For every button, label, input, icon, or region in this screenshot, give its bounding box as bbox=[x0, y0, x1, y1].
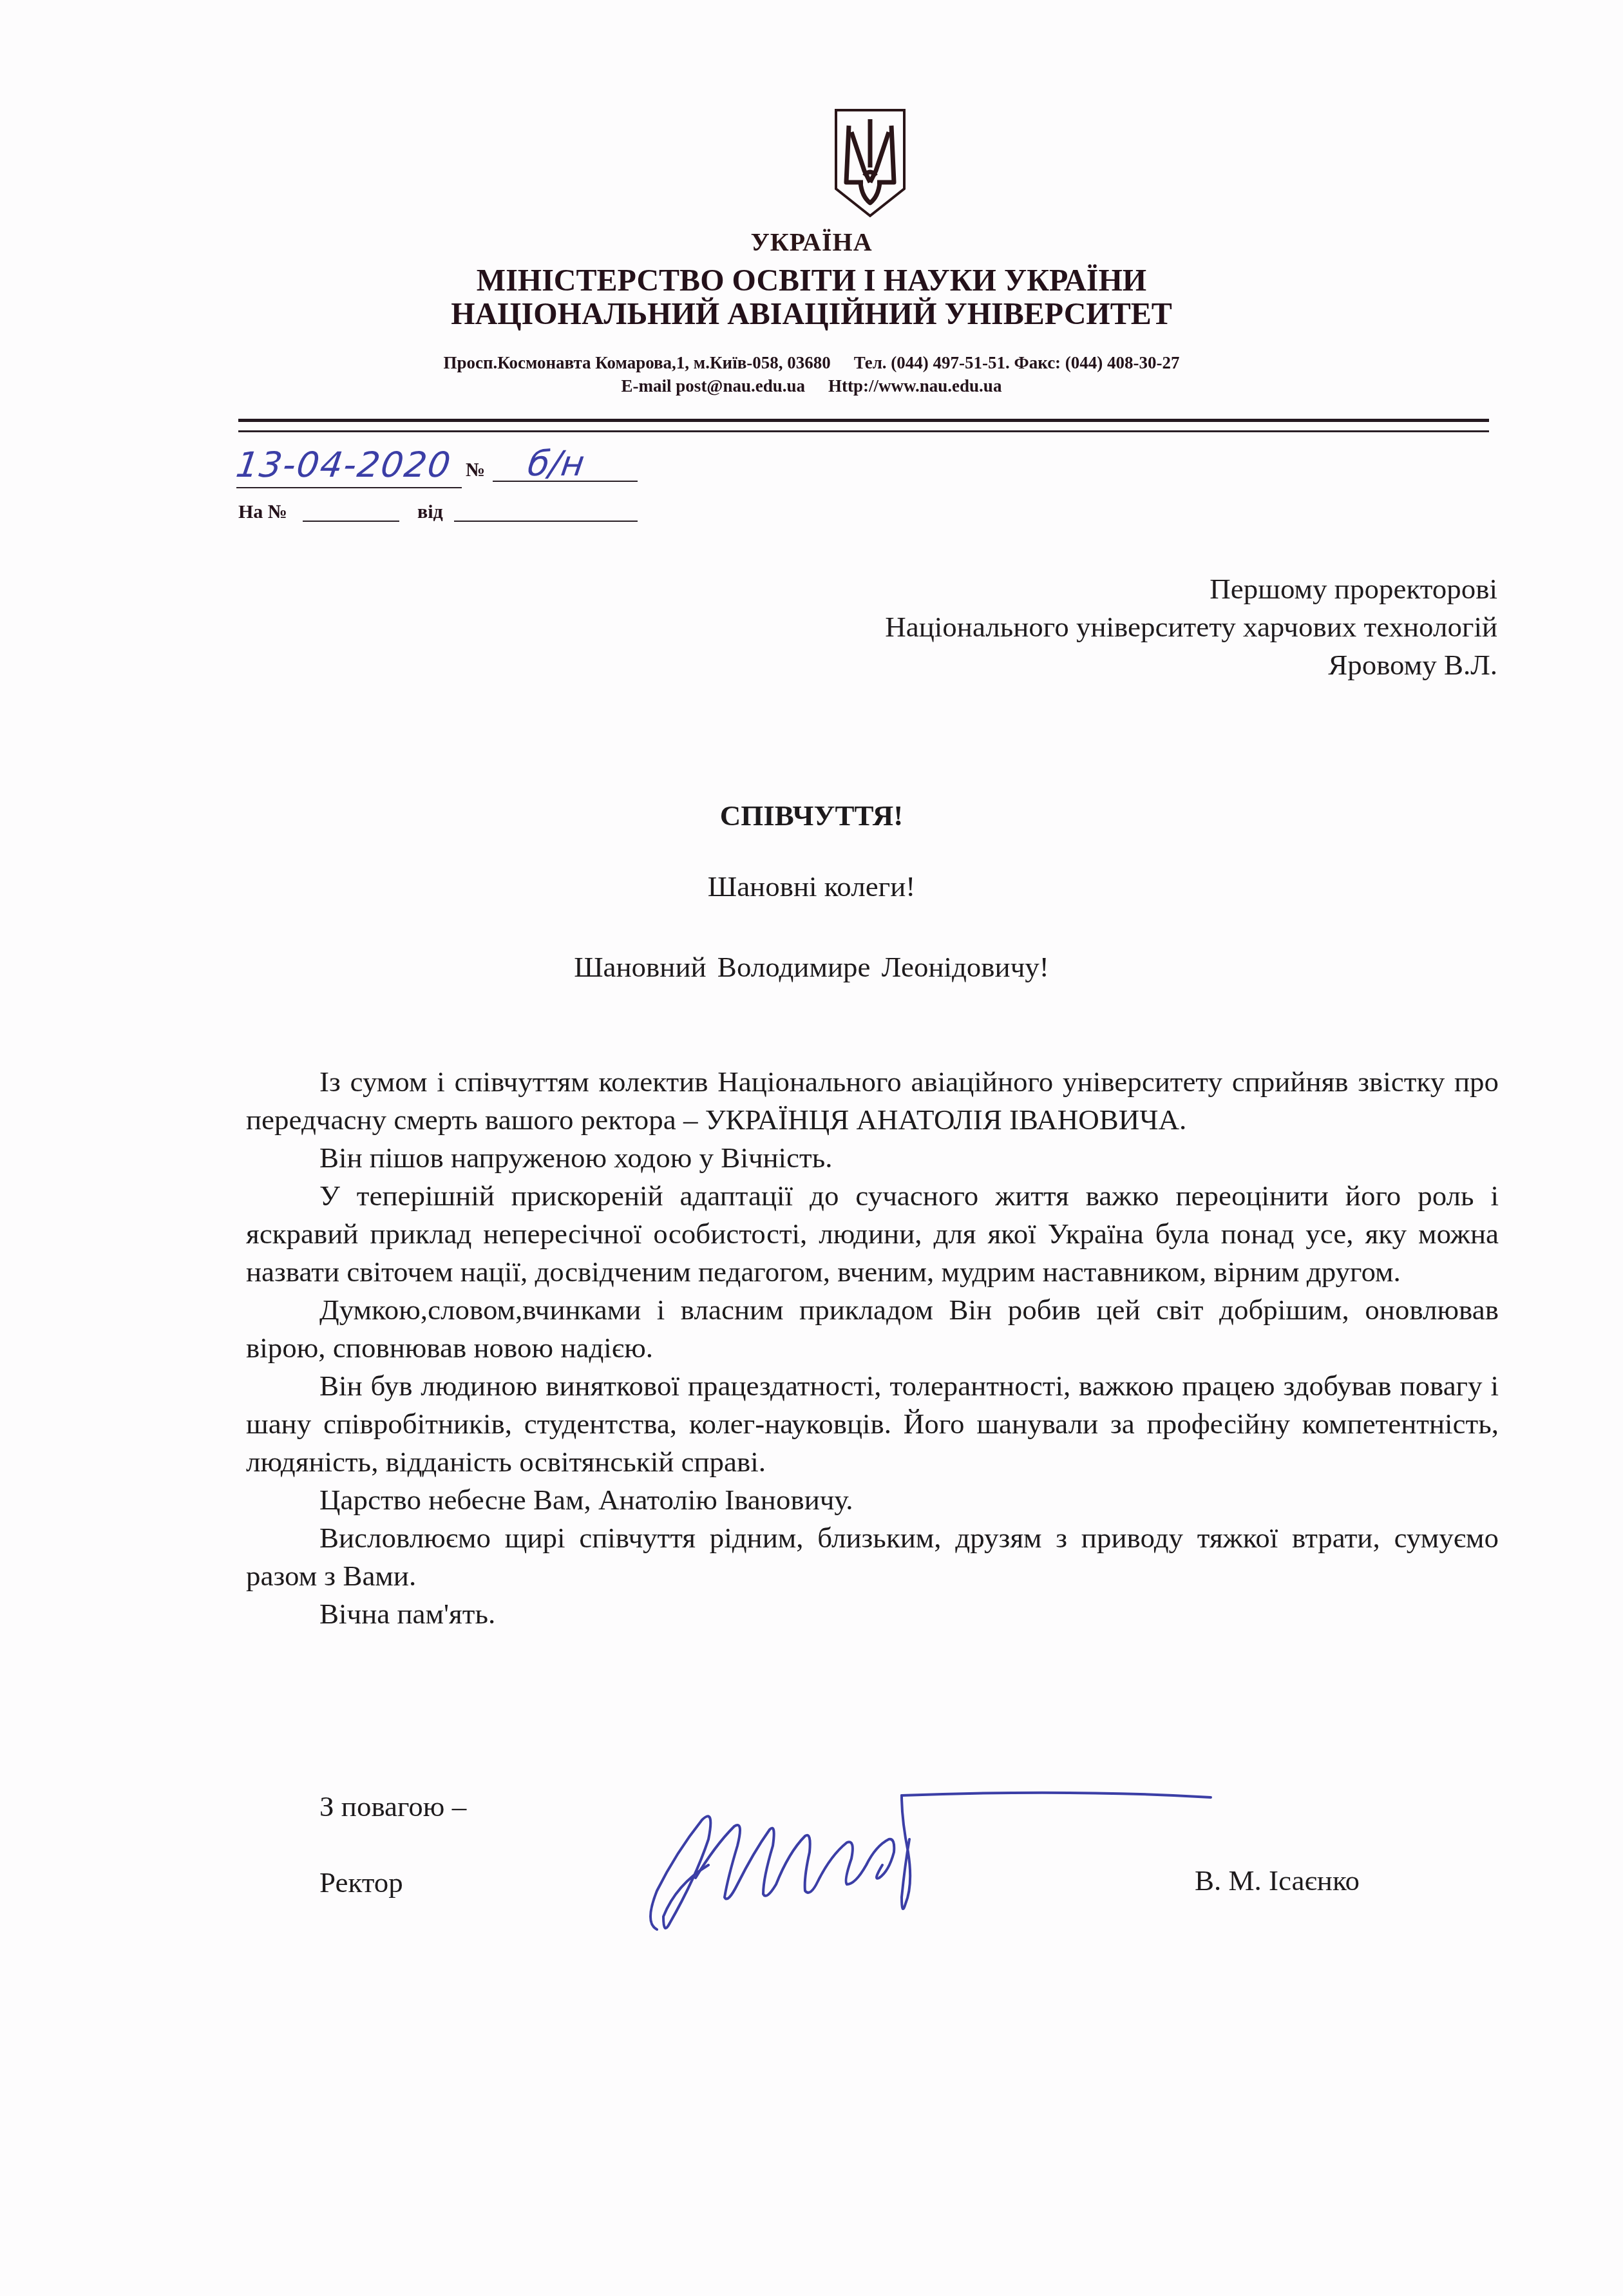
closing-regards: З повагою – bbox=[319, 1790, 466, 1823]
contact-block: Просп.Космонавта Комарова,1, м.Київ-058,… bbox=[0, 351, 1623, 397]
salutation-colleagues: Шановні колеги! bbox=[0, 870, 1623, 903]
outgoing-number: б/н bbox=[526, 443, 587, 484]
handwritten-signature-icon bbox=[618, 1768, 1262, 1942]
website: Http://www.nau.edu.ua bbox=[828, 376, 1001, 396]
reply-from-label: від bbox=[417, 501, 443, 523]
date-underline bbox=[236, 487, 462, 488]
body-paragraph: Думкою,словом,вчинками і власним приклад… bbox=[246, 1291, 1499, 1367]
email: E-mail post@nau.edu.ua bbox=[622, 376, 805, 396]
outgoing-number-label: № bbox=[466, 459, 485, 481]
body-paragraph: Вічна пам'ять. bbox=[246, 1595, 1499, 1633]
letter-heading: СПІВЧУТТЯ! bbox=[0, 799, 1623, 832]
addressee-organization: Національного університету харчових техн… bbox=[885, 608, 1497, 646]
address: Просп.Космонавта Комарова,1, м.Київ-058,… bbox=[443, 353, 830, 372]
organization-block: МІНІСТЕРСТВО ОСВІТИ І НАУКИ УКРАЇНИ НАЦІ… bbox=[0, 264, 1623, 331]
phone-fax: Тел. (044) 497-51-51. Факс: (044) 408-30… bbox=[854, 353, 1180, 372]
country-name: УКРАЇНА bbox=[0, 227, 1623, 257]
header-rule-thin bbox=[238, 430, 1489, 432]
signer-name: В. М. Ісаєнко bbox=[1195, 1864, 1360, 1897]
addressee-name: Яровому В.Л. bbox=[885, 646, 1497, 684]
addressee-position: Першому проректорові bbox=[885, 570, 1497, 608]
body-paragraph: Царство небесне Вам, Анатолію Івановичу. bbox=[246, 1481, 1499, 1519]
body-paragraph: Він пішов напруженою ходою у Вічність. bbox=[246, 1139, 1499, 1177]
signer-position: Ректор bbox=[319, 1866, 403, 1899]
body-paragraph: Із сумом і співчуттям колектив Національ… bbox=[246, 1063, 1499, 1139]
letter-body: Із сумом і співчуттям колектив Національ… bbox=[246, 1063, 1499, 1633]
reply-number-line bbox=[303, 521, 399, 522]
ministry-name: МІНІСТЕРСТВО ОСВІТИ І НАУКИ УКРАЇНИ bbox=[0, 264, 1623, 298]
reply-number-label: На № bbox=[238, 501, 287, 523]
tryzub-coat-of-arms-icon bbox=[832, 106, 908, 220]
number-underline bbox=[493, 481, 638, 482]
addressee-block: Першому проректорові Національного уніве… bbox=[885, 570, 1497, 684]
body-paragraph: Він був людиною виняткової працездатност… bbox=[246, 1367, 1499, 1481]
letter-page: УКРАЇНА МІНІСТЕРСТВО ОСВІТИ І НАУКИ УКРА… bbox=[0, 0, 1623, 2296]
header-rule-thick bbox=[238, 419, 1489, 422]
reply-date-line bbox=[454, 521, 638, 522]
salutation-addressee: Шановний Володимире Леонідовичу! bbox=[0, 950, 1623, 984]
body-paragraph: Висловлюємо щирі співчуття рідним, близь… bbox=[246, 1519, 1499, 1595]
outgoing-date: 13-04-2020 bbox=[234, 445, 455, 485]
university-name: НАЦІОНАЛЬНИЙ АВІАЦІЙНИЙ УНІВЕРСИТЕТ bbox=[0, 298, 1623, 331]
body-paragraph: У теперішній прискореній адаптації до су… bbox=[246, 1177, 1499, 1291]
